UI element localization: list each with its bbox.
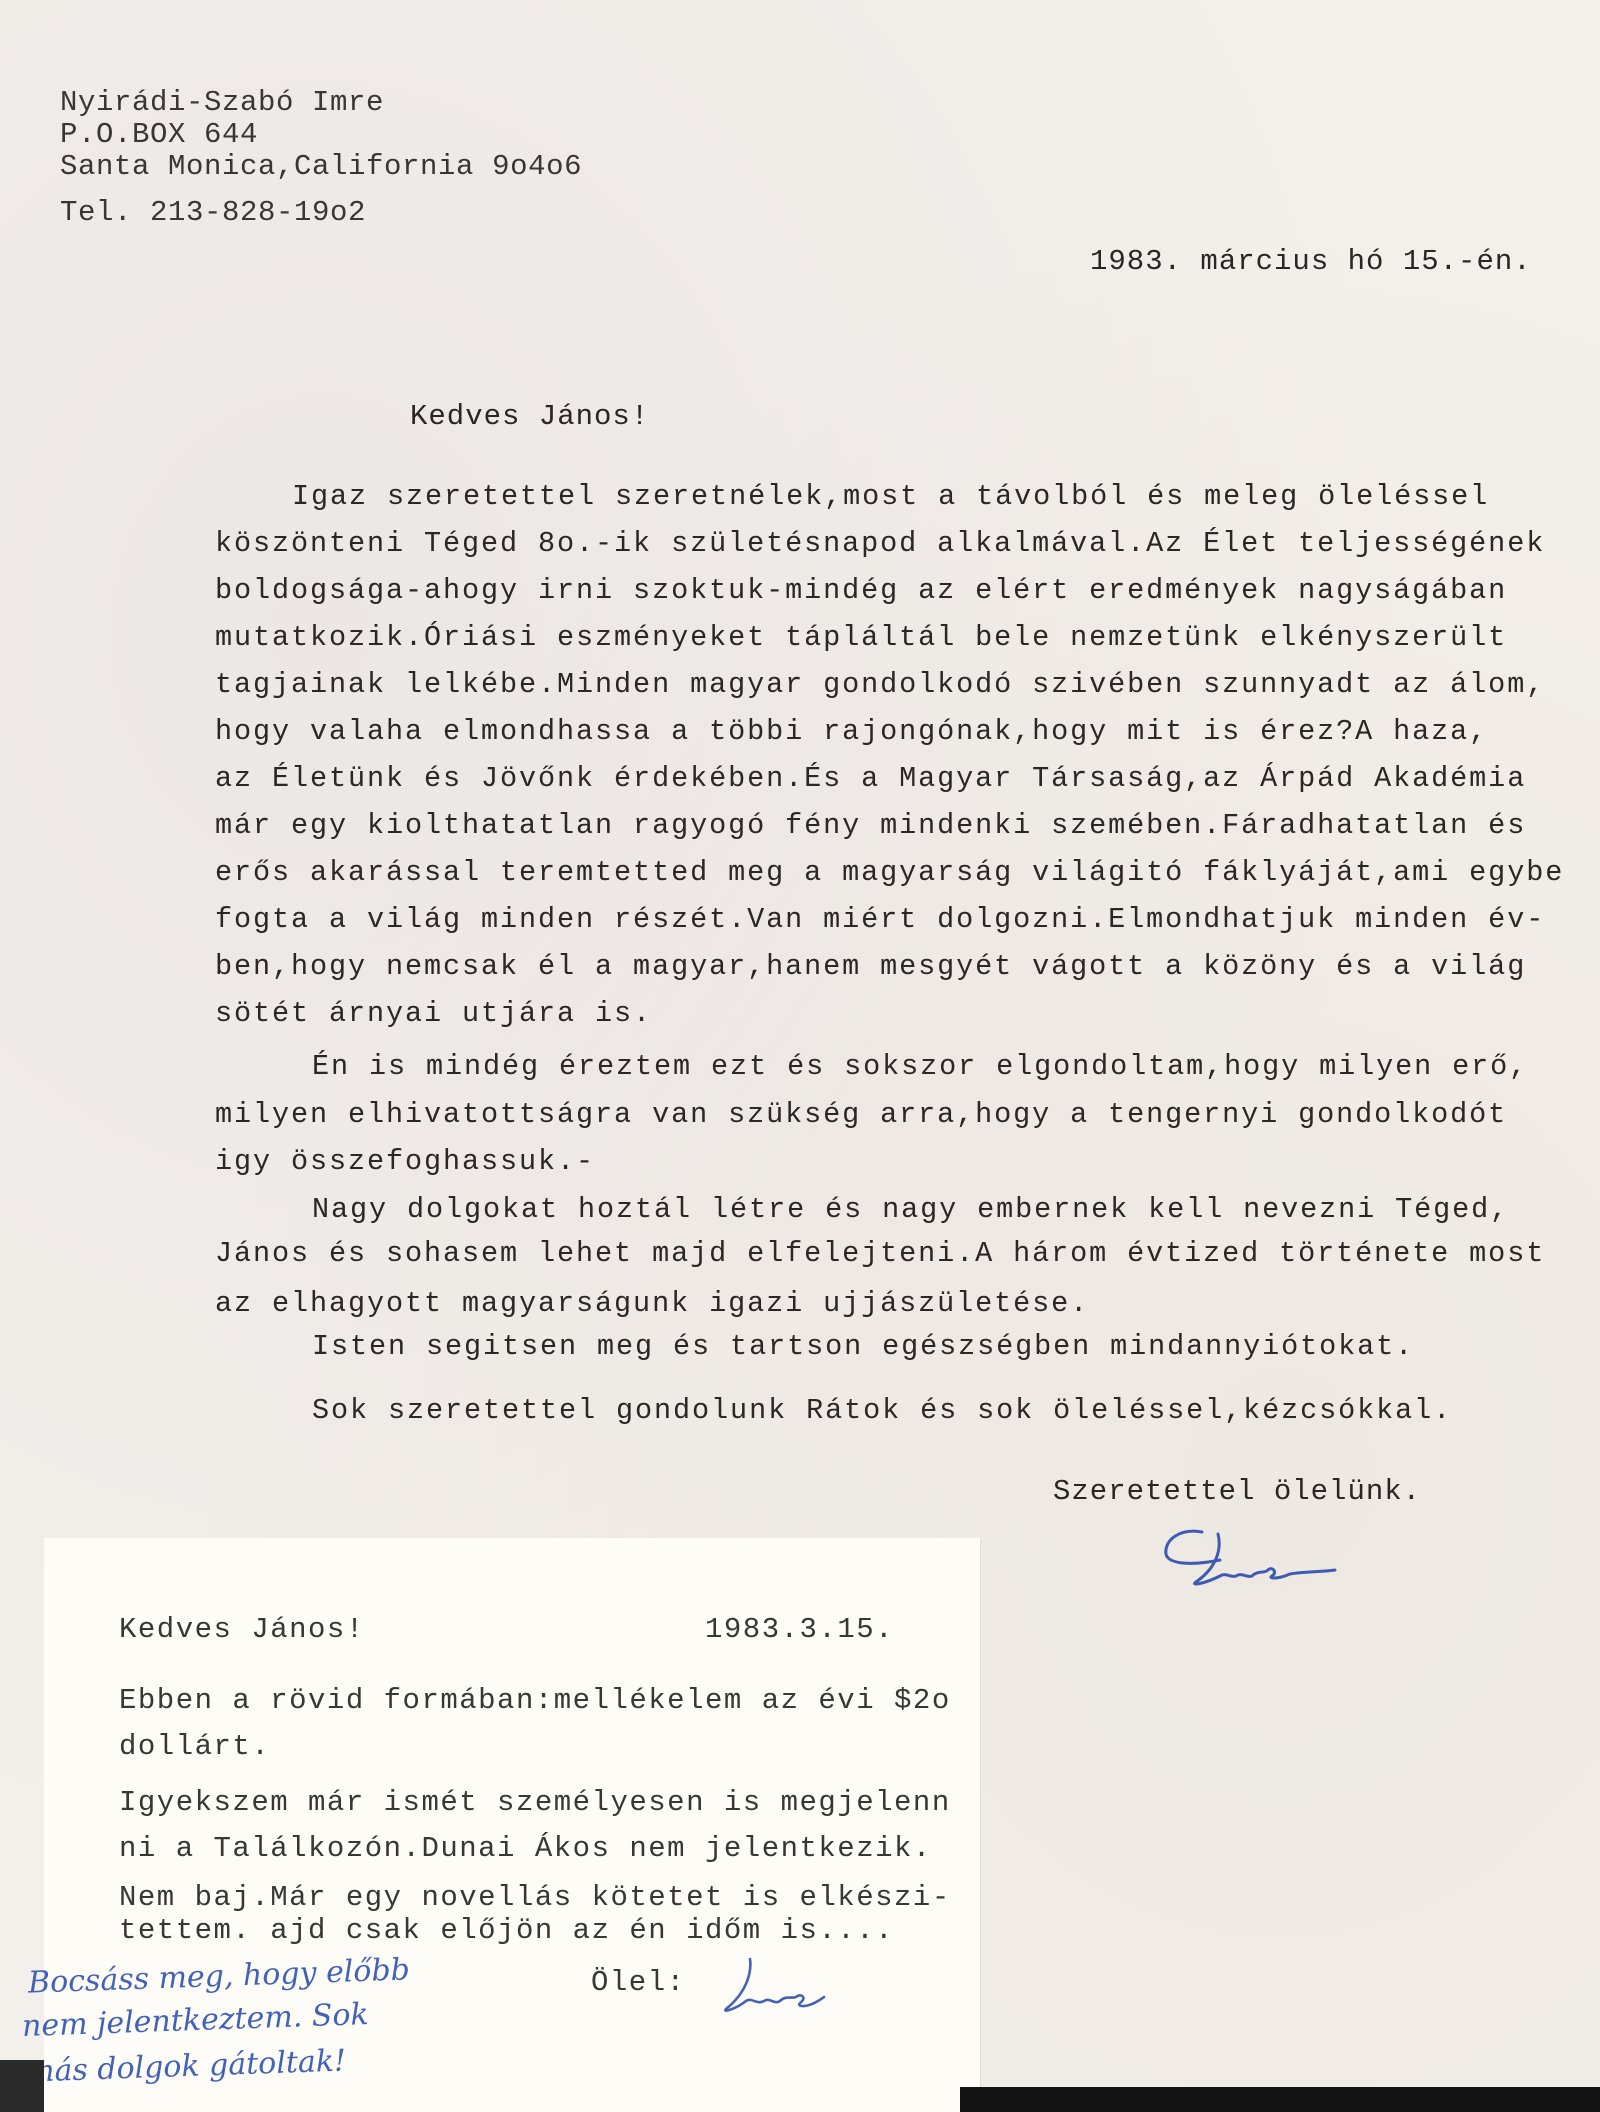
body-line: sötét árnyai utjára is. xyxy=(215,1000,652,1029)
body-line: milyen elhivatottságra van szükség arra,… xyxy=(215,1101,1507,1130)
note-line: tettem. ajd csak előjön az én időm is...… xyxy=(119,1916,894,1945)
body-line: mutatkozik.Óriási eszményeket tápláltál … xyxy=(215,624,1507,653)
letter-sheet: Nyirádi-Szabó Imre P.O.BOX 644 Santa Mon… xyxy=(0,0,1600,2112)
sender-po-box: P.O.BOX 644 xyxy=(60,120,258,149)
body-line: az elhagyott magyarságunk igazi ujjászül… xyxy=(215,1290,1089,1319)
body-line: igy összefoghassuk.- xyxy=(215,1148,595,1177)
body-line: Én is mindég éreztem ezt és sokszor elgo… xyxy=(312,1053,1528,1082)
sender-phone: Tel. 213-828-19o2 xyxy=(60,198,366,227)
note-line: ni a Találkozón.Dunai Ákos nem jelentkez… xyxy=(119,1834,932,1863)
note-date: 1983.3.15. xyxy=(705,1615,894,1644)
note-line: dollárt. xyxy=(119,1732,270,1761)
body-line: ben,hogy nemcsak él a magyar,hanem mesgy… xyxy=(215,953,1526,982)
letter-salutation: Kedves János! xyxy=(410,402,649,431)
note-line: Ebben a rövid formában:mellékelem az évi… xyxy=(119,1686,951,1715)
note-salutation: Kedves János! xyxy=(119,1615,365,1644)
body-line: már egy kiolthatatlan ragyogó fény minde… xyxy=(215,812,1526,841)
note-signature-icon xyxy=(712,1953,832,2023)
note-line: Igyekszem már ismét személyesen is megje… xyxy=(119,1788,951,1817)
body-line: Igaz szeretettel szeretnélek,most a távo… xyxy=(292,483,1489,512)
body-line: Sok szeretettel gondolunk Rátok és sok ö… xyxy=(312,1397,1452,1426)
sender-city: Santa Monica,California 9o4o6 xyxy=(60,152,582,181)
scan-background-edge xyxy=(0,2060,44,2112)
body-line: tagjainak lelkébe.Minden magyar gondolko… xyxy=(215,671,1545,700)
body-line: János és sohasem lehet majd elfelejteni.… xyxy=(215,1240,1545,1269)
body-line: hogy valaha elmondhassa a többi rajongón… xyxy=(215,718,1488,747)
body-line: Isten segitsen meg és tartson egészségbe… xyxy=(312,1333,1414,1362)
letter-closing: Szeretettel ölelünk. xyxy=(1053,1477,1421,1506)
signature-icon xyxy=(1160,1520,1340,1600)
note-closing: Ölel: xyxy=(591,1968,686,1997)
body-line: az Életünk és Jövőnk érdekében.És a Magy… xyxy=(215,765,1526,794)
scan-background-edge xyxy=(960,2087,1600,2112)
letter-date: 1983. március hó 15.-én. xyxy=(1090,247,1532,276)
body-line: fogta a világ minden részét.Van miért do… xyxy=(215,906,1545,935)
body-line: Nagy dolgokat hoztál létre és nagy ember… xyxy=(312,1196,1509,1225)
sender-name: Nyirádi-Szabó Imre xyxy=(60,88,384,117)
body-line: erős akarással teremtetted meg a magyars… xyxy=(215,859,1564,888)
body-line: köszönteni Téged 8o.-ik születésnapod al… xyxy=(215,530,1545,559)
note-line: Nem baj.Már egy novellás kötetet is elké… xyxy=(119,1883,951,1912)
body-line: boldogsága-ahogy irni szoktuk-mindég az … xyxy=(215,577,1507,606)
